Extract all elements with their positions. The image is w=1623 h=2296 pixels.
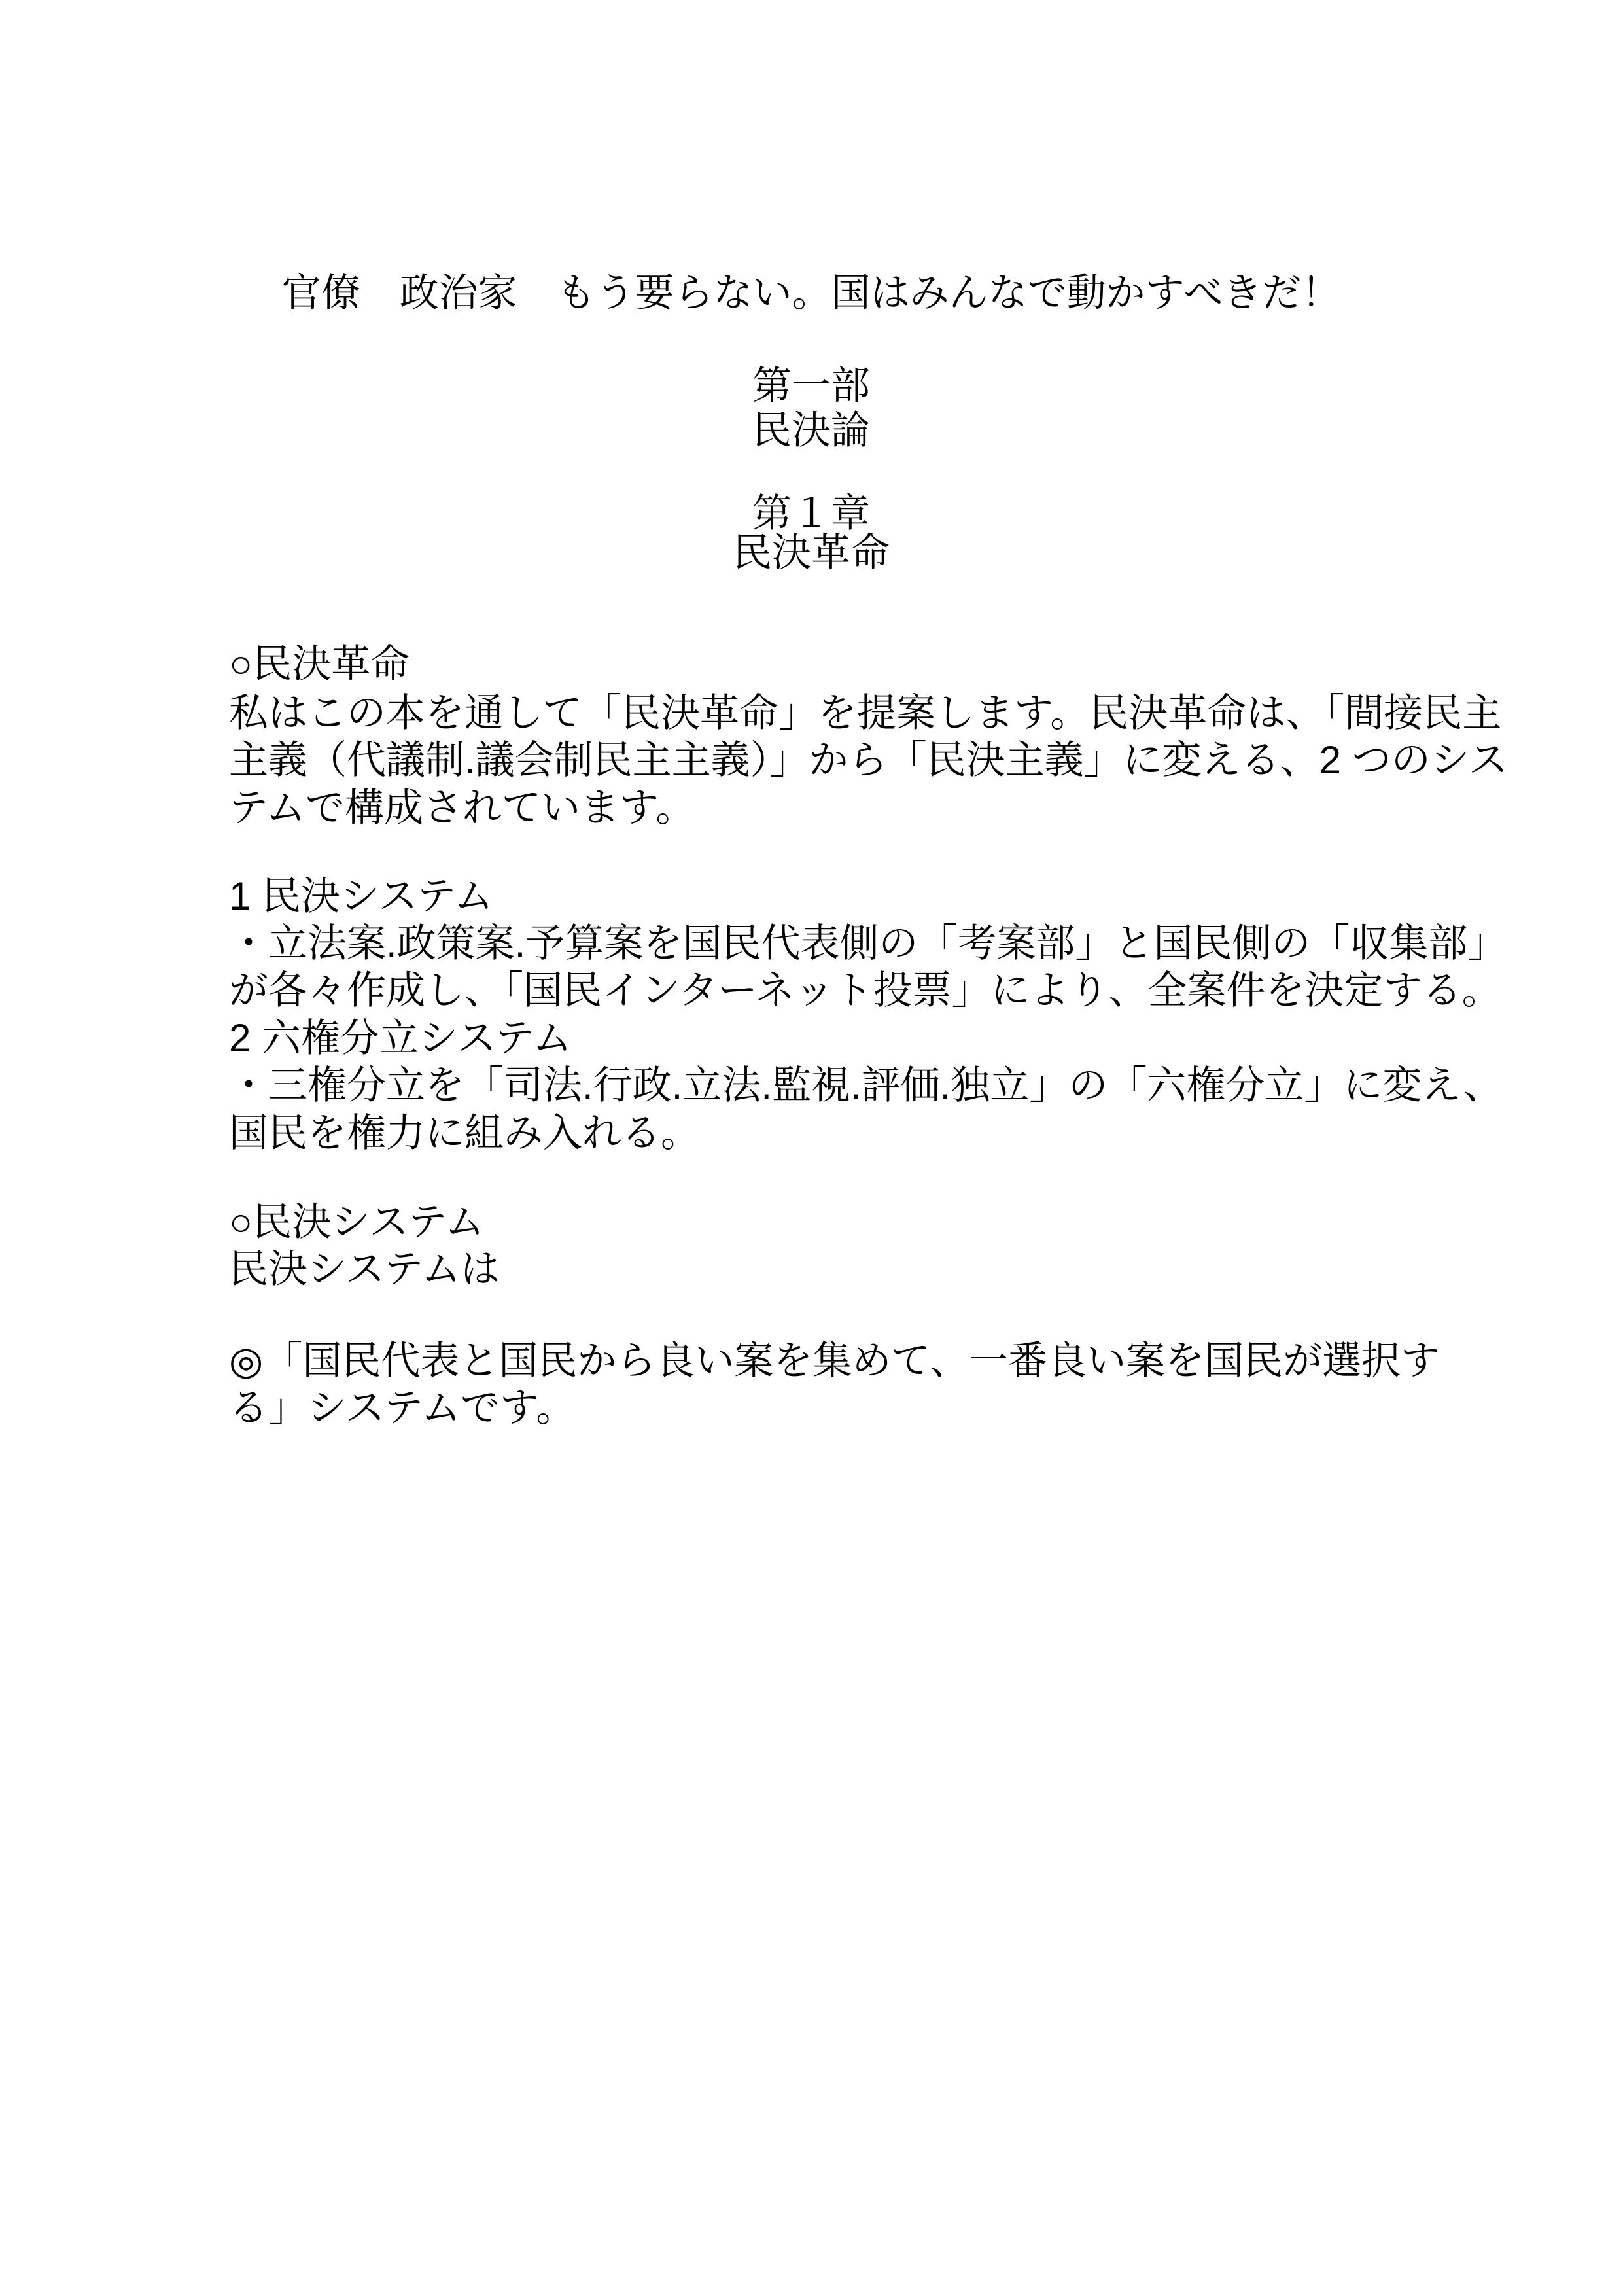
list-item-1-body-line-2: が各々作成し、「国民インターネット投票」により、全案件を決定する。 [229,967,1393,1014]
list-item-2-body-line-2: 国民を権力に組み入れる。 [229,1110,1393,1157]
section-heading-minketsu-kakumei: ○民決革命 [229,641,1393,688]
document-page: 官僚 政治家 もう要らない。国はみんなで動かすべきだ！ 第一部 民決論 第１章 … [0,0,1623,2296]
paragraph-system-def-line-1: ◎「国民代表と国民から良い案を集めて、一番良い案を国民が選択す [229,1337,1393,1385]
paragraph-intro-line-3: テムで構成されています。 [229,785,1393,832]
section-heading-minketsu-system: ○民決システム [229,1199,1393,1246]
list-item-2-heading: 2 六権分立システム [229,1015,1393,1062]
list-item-2-body-line-1: ・三権分立を「司法.行政.立法.監視.評価.独立」の「六権分立」に変え、 [229,1062,1393,1109]
paragraph-intro-line-2: 主義（代議制.議会制民主主義）」から「民決主義」に変える、2 つのシス [229,737,1393,784]
paragraph-intro-line-1: 私はこの本を通して「民決革命」を提案します。民決革命は、「間接民主 [229,690,1393,737]
text-column: 官僚 政治家 もう要らない。国はみんなで動かすべきだ！ 第一部 民決論 第１章 … [229,0,1393,2296]
paragraph-system-lead: 民決システムは [229,1246,1393,1293]
paragraph-system-def-line-2: る」システムです。 [229,1385,1393,1432]
part-number-heading: 第一部 [229,362,1393,410]
part-title-heading: 民決論 [229,407,1393,454]
document-title: 官僚 政治家 もう要らない。国はみんなで動かすべきだ！ [229,270,1393,317]
chapter-title-heading: 民決革命 [229,529,1393,576]
list-item-1-heading: 1 民決システム [229,873,1393,920]
list-item-1-body-line-1: ・立法案.政策案.予算案を国民代表側の「考案部」と国民側の「収集部」 [229,920,1393,967]
